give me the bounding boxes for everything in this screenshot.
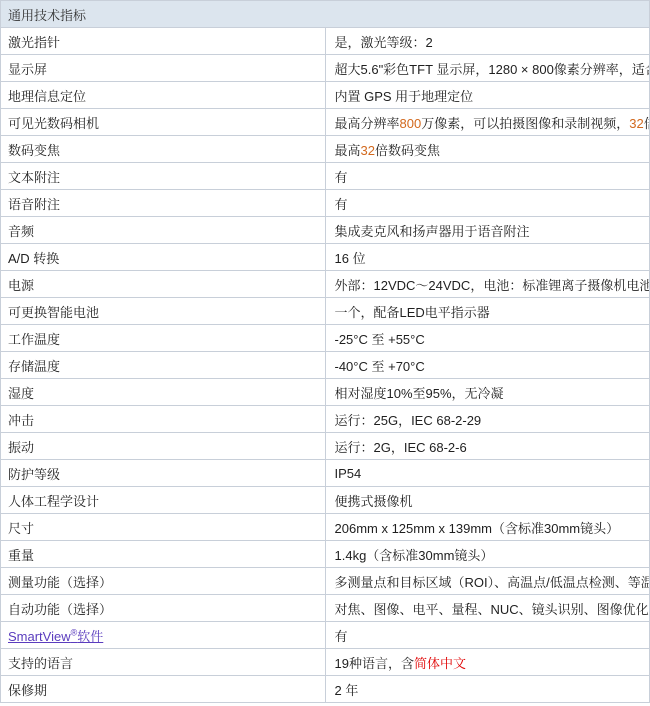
spec-label-cell: 支持的语言 — [1, 649, 326, 676]
table-row: 可更换智能电池一个，配备LED电平指示器 — [1, 298, 650, 325]
table-row: 音频集成麦克风和扬声器用于语音附注 — [1, 217, 650, 244]
spec-label-cell: 人体工程学设计 — [1, 487, 326, 514]
value-text: 一个，配备LED电平指示器 — [335, 305, 490, 320]
spec-label-cell: 可见光数码相机 — [1, 109, 326, 136]
spec-label-cell: 激光指针 — [1, 28, 326, 55]
registered-trademark-sup: ® — [71, 627, 78, 637]
spec-value-cell: 最高32倍数码变焦 — [325, 136, 650, 163]
value-text: 有 — [335, 197, 348, 212]
value-text: 有 — [335, 170, 348, 185]
spec-value-cell: 有 — [325, 622, 650, 649]
value-text: -40°C 至 +70°C — [335, 359, 425, 374]
highlighted-value-text: 简体中文 — [414, 656, 466, 671]
value-text: 外部：12VDC～24VDC，电池：标准锂离子摄像机电池 — [335, 278, 650, 293]
spec-value-cell: 最高分辨率800万像素，可以拍摄图像和录制视频，32倍连续数码变焦 — [325, 109, 650, 136]
spec-value-cell: 对焦、图像、电平、量程、NUC、镜头识别、图像优化、报警顺序 — [325, 595, 650, 622]
spec-label-cell: 保修期 — [1, 676, 326, 703]
spec-value-cell: 集成麦克风和扬声器用于语音附注 — [325, 217, 650, 244]
spec-value-cell: 多测量点和目标区域（ROI）、高温点/低温点检测、等温线、剖面图、温差 — [325, 568, 650, 595]
table-row: SmartView®软件有 — [1, 622, 650, 649]
value-text: -25°C 至 +55°C — [335, 332, 425, 347]
spec-label-cell: 语音附注 — [1, 190, 326, 217]
spec-label-cell: A/D 转换 — [1, 244, 326, 271]
table-row: 存储温度-40°C 至 +70°C — [1, 352, 650, 379]
spec-label-cell: 防护等级 — [1, 460, 326, 487]
highlighted-value-text: 32 — [361, 143, 375, 158]
spec-label-cell: 振动 — [1, 433, 326, 460]
spec-value-cell: 内置 GPS 用于地理定位 — [325, 82, 650, 109]
spec-label-cell: 数码变焦 — [1, 136, 326, 163]
table-row: 数码变焦最高32倍数码变焦 — [1, 136, 650, 163]
table-row: 保修期2 年 — [1, 676, 650, 703]
table-row: 重量1.4kg（含标准30mm镜头） — [1, 541, 650, 568]
value-text: 206mm x 125mm x 139mm（含标准30mm镜头） — [335, 521, 620, 536]
spec-value-cell: 19种语言，含简体中文 — [325, 649, 650, 676]
spec-value-cell: IP54 — [325, 460, 650, 487]
spec-value-cell: 运行：25G，IEC 68-2-29 — [325, 406, 650, 433]
table-row: 可见光数码相机最高分辨率800万像素，可以拍摄图像和录制视频，32倍连续数码变焦 — [1, 109, 650, 136]
spec-value-cell: 是，激光等级：2 — [325, 28, 650, 55]
value-text: 对焦、图像、电平、量程、NUC、镜头识别、图像优化、报警顺序 — [335, 602, 650, 617]
spec-label-cell: 地理信息定位 — [1, 82, 326, 109]
spec-table-body: 激光指针是，激光等级：2显示屏超大5.6"彩色TFT 显示屏，1280 × 80… — [1, 28, 650, 703]
spec-value-cell: 便携式摄像机 — [325, 487, 650, 514]
table-row: A/D 转换16 位 — [1, 244, 650, 271]
spec-label-cell: 冲击 — [1, 406, 326, 433]
table-row: 防护等级IP54 — [1, 460, 650, 487]
value-text: 运行：2G，IEC 68-2-6 — [335, 440, 467, 455]
value-text: 有 — [335, 629, 348, 644]
table-row: 湿度相对湿度10%至95%，无冷凝 — [1, 379, 650, 406]
value-text: 内置 GPS 用于地理定位 — [335, 89, 474, 104]
spec-label-cell: 显示屏 — [1, 55, 326, 82]
value-text: 超大5.6"彩色TFT 显示屏，1280 × 800像素分辨率，适合日光下操作 — [335, 62, 650, 77]
value-text: 倍数码变焦 — [375, 143, 440, 158]
spec-value-cell: 16 位 — [325, 244, 650, 271]
table-row: 语音附注有 — [1, 190, 650, 217]
spec-value-cell: 206mm x 125mm x 139mm（含标准30mm镜头） — [325, 514, 650, 541]
spec-label-cell: SmartView®软件 — [1, 622, 326, 649]
table-row: 振动运行：2G，IEC 68-2-6 — [1, 433, 650, 460]
spec-value-cell: 1.4kg（含标准30mm镜头） — [325, 541, 650, 568]
table-row: 支持的语言19种语言，含简体中文 — [1, 649, 650, 676]
spec-label-cell: 存储温度 — [1, 352, 326, 379]
spec-value-cell: 运行：2G，IEC 68-2-6 — [325, 433, 650, 460]
value-text: 最高 — [335, 143, 361, 158]
table-row: 工作温度-25°C 至 +55°C — [1, 325, 650, 352]
table-row: 文本附注有 — [1, 163, 650, 190]
spec-label-cell: 音频 — [1, 217, 326, 244]
spec-label-cell: 文本附注 — [1, 163, 326, 190]
value-text: 便携式摄像机 — [335, 494, 413, 509]
value-text: 16 位 — [335, 251, 366, 266]
spec-label-cell: 工作温度 — [1, 325, 326, 352]
value-text: 1.4kg（含标准30mm镜头） — [335, 548, 494, 563]
table-header-row: 通用技术指标 — [1, 1, 650, 28]
value-text: IP54 — [335, 466, 362, 481]
spec-label-cell: 尺寸 — [1, 514, 326, 541]
spec-label-cell: 测量功能（选择） — [1, 568, 326, 595]
spec-label-cell: 重量 — [1, 541, 326, 568]
spec-label-cell: 自动功能（选择） — [1, 595, 326, 622]
value-text: 相对湿度10%至95%，无冷凝 — [335, 386, 504, 401]
spec-value-cell: 2 年 — [325, 676, 650, 703]
spec-value-cell: 有 — [325, 190, 650, 217]
table-row: 人体工程学设计便携式摄像机 — [1, 487, 650, 514]
value-text: 最高分辨率 — [335, 116, 400, 131]
table-row: 自动功能（选择）对焦、图像、电平、量程、NUC、镜头识别、图像优化、报警顺序 — [1, 595, 650, 622]
spec-value-cell: 外部：12VDC～24VDC，电池：标准锂离子摄像机电池 — [325, 271, 650, 298]
spec-label-cell: 电源 — [1, 271, 326, 298]
spec-value-cell: 相对湿度10%至95%，无冷凝 — [325, 379, 650, 406]
highlighted-value-text: 800 — [400, 116, 422, 131]
value-text: 19种语言，含 — [335, 656, 414, 671]
spec-value-cell: 有 — [325, 163, 650, 190]
highlighted-value-text: 32 — [629, 116, 643, 131]
table-row: 地理信息定位内置 GPS 用于地理定位 — [1, 82, 650, 109]
value-text: 倍连续数码变焦 — [644, 116, 650, 131]
spec-value-cell: 超大5.6"彩色TFT 显示屏，1280 × 800像素分辨率，适合日光下操作 — [325, 55, 650, 82]
value-text: 集成麦克风和扬声器用于语音附注 — [335, 224, 530, 239]
spec-value-cell: -25°C 至 +55°C — [325, 325, 650, 352]
table-row: 显示屏超大5.6"彩色TFT 显示屏，1280 × 800像素分辨率，适合日光下… — [1, 55, 650, 82]
table-row: 冲击运行：25G，IEC 68-2-29 — [1, 406, 650, 433]
spec-table: 通用技术指标 激光指针是，激光等级：2显示屏超大5.6"彩色TFT 显示屏，12… — [0, 0, 650, 703]
spec-label-cell: 湿度 — [1, 379, 326, 406]
value-text: 2 年 — [335, 683, 359, 698]
spec-label-cell: 可更换智能电池 — [1, 298, 326, 325]
table-row: 尺寸206mm x 125mm x 139mm（含标准30mm镜头） — [1, 514, 650, 541]
value-text: 是，激光等级：2 — [335, 35, 433, 50]
value-text: 多测量点和目标区域（ROI）、高温点/低温点检测、等温线、剖面图、温差 — [335, 575, 650, 590]
spec-value-cell: -40°C 至 +70°C — [325, 352, 650, 379]
smartview-software-link[interactable]: SmartView®软件 — [8, 629, 103, 644]
page-title: 通用技术指标 — [1, 1, 650, 28]
table-row: 电源外部：12VDC～24VDC，电池：标准锂离子摄像机电池 — [1, 271, 650, 298]
value-text: 万像素，可以拍摄图像和录制视频， — [421, 116, 629, 131]
spec-value-cell: 一个，配备LED电平指示器 — [325, 298, 650, 325]
value-text: 运行：25G，IEC 68-2-29 — [335, 413, 482, 428]
spec-table-head: 通用技术指标 — [1, 1, 650, 28]
table-row: 测量功能（选择）多测量点和目标区域（ROI）、高温点/低温点检测、等温线、剖面图… — [1, 568, 650, 595]
table-row: 激光指针是，激光等级：2 — [1, 28, 650, 55]
